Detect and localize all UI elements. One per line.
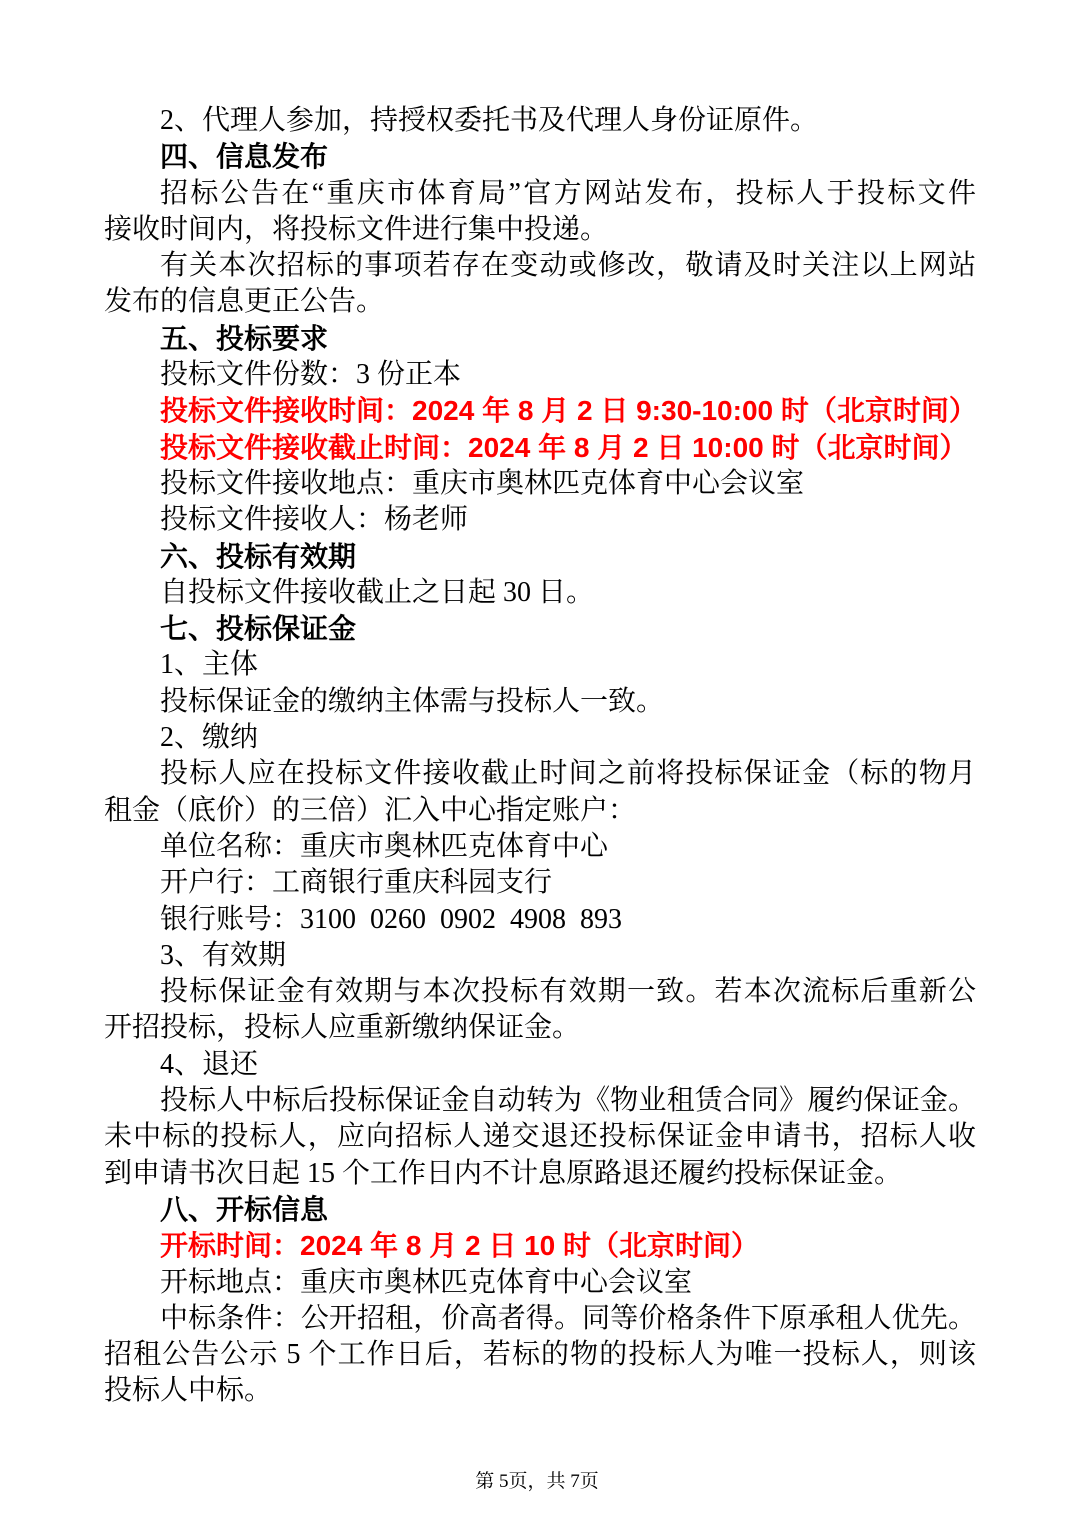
page-number-indicator: 第 5页，共 7页 — [475, 1471, 599, 1492]
text-line: 银行账号：3100 0260 0902 4908 893 — [104, 902, 976, 938]
section-heading: 八、开标信息 — [104, 1192, 976, 1228]
text-line: 招标公告在“重庆市体育局”官方网站发布，投标人于投标文件 — [104, 176, 976, 212]
text-line: 3、有效期 — [104, 938, 976, 974]
page-footer: 第 5页，共 7页 — [0, 1466, 1074, 1493]
text-line: 投标人应在投标文件接收截止时间之前将投标保证金（标的物月 — [104, 756, 976, 792]
text-line: 单位名称：重庆市奥林匹克体育中心 — [104, 829, 976, 865]
text-line: 开招投标，投标人应重新缴纳保证金。 — [104, 1010, 976, 1046]
document-body: 2、代理人参加，持授权委托书及代理人身份证原件。四、信息发布招标公告在“重庆市体… — [104, 103, 976, 1410]
text-line: 自投标文件接收截止之日起 30 日。 — [104, 575, 976, 611]
text-line: 2、缴纳 — [104, 720, 976, 756]
section-heading: 五、投标要求 — [104, 321, 976, 357]
text-line: 发布的信息更正公告。 — [104, 284, 976, 320]
text-line: 投标人中标。 — [104, 1373, 976, 1409]
document-page: 2、代理人参加，持授权委托书及代理人身份证原件。四、信息发布招标公告在“重庆市体… — [0, 0, 1074, 1520]
text-line: 1、主体 — [104, 647, 976, 683]
text-line: 租金（底价）的三倍）汇入中心指定账户： — [104, 793, 976, 829]
text-line: 招租公告公示 5 个工作日后，若标的物的投标人为唯一投标人，则该 — [104, 1337, 976, 1373]
text-line: 到申请书次日起 15 个工作日内不计息原路退还履约投标保证金。 — [104, 1156, 976, 1192]
text-line: 未中标的投标人，应向招标人递交退还投标保证金申请书，招标人收 — [104, 1119, 976, 1155]
highlighted-text-line: 投标文件接收时间：2024 年 8 月 2 日 9:30-10:00 时（北京时… — [104, 393, 976, 429]
text-line: 接收时间内，将投标文件进行集中投递。 — [104, 212, 976, 248]
text-line: 有关本次招标的事项若存在变动或修改，敬请及时关注以上网站 — [104, 248, 976, 284]
text-line: 开户行：工商银行重庆科园支行 — [104, 865, 976, 901]
text-line: 投标保证金有效期与本次投标有效期一致。若本次流标后重新公 — [104, 974, 976, 1010]
text-line: 中标条件：公开招租，价高者得。同等价格条件下原承租人优先。 — [104, 1301, 976, 1337]
text-line: 投标保证金的缴纳主体需与投标人一致。 — [104, 684, 976, 720]
section-heading: 四、信息发布 — [104, 139, 976, 175]
text-line: 4、退还 — [104, 1047, 976, 1083]
text-line: 投标文件接收地点：重庆市奥林匹克体育中心会议室 — [104, 466, 976, 502]
text-line: 2、代理人参加，持授权委托书及代理人身份证原件。 — [104, 103, 976, 139]
highlighted-text-line: 开标时间：2024 年 8 月 2 日 10 时（北京时间） — [104, 1228, 976, 1264]
text-line: 投标文件接收人：杨老师 — [104, 502, 976, 538]
section-heading: 七、投标保证金 — [104, 611, 976, 647]
section-heading: 六、投标有效期 — [104, 539, 976, 575]
text-line: 开标地点：重庆市奥林匹克体育中心会议室 — [104, 1265, 976, 1301]
highlighted-text-line: 投标文件接收截止时间：2024 年 8 月 2 日 10:00 时（北京时间） — [104, 430, 976, 466]
text-line: 投标人中标后投标保证金自动转为《物业租赁合同》履约保证金。 — [104, 1083, 976, 1119]
text-line: 投标文件份数：3 份正本 — [104, 357, 976, 393]
